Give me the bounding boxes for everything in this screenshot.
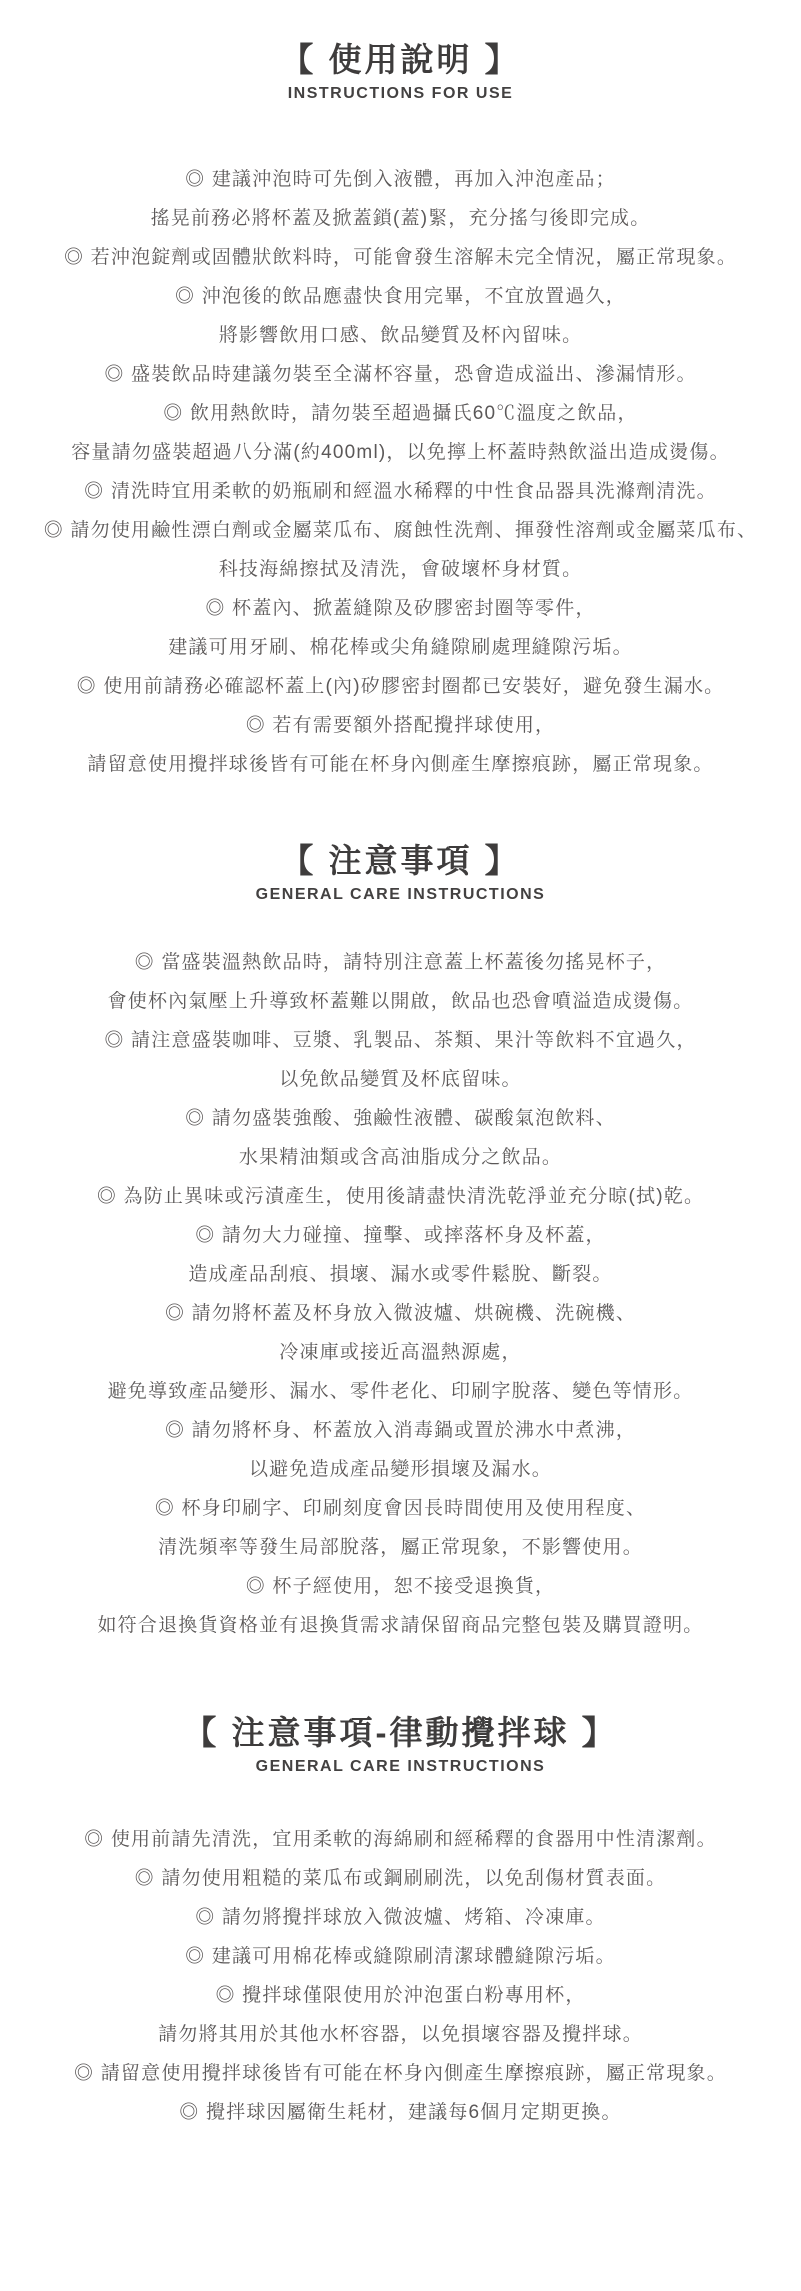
instruction-line: ◎ 為防止異味或污漬產生，使用後請盡快清洗乾淨並充分晾(拭)乾。 [0,1177,801,1216]
section-title: 【 注意事項-律動攪拌球 】 [0,1711,801,1755]
section-body: ◎ 當盛裝溫熱飲品時，請特別注意蓋上杯蓋後勿搖晃杯子， 會使杯內氣壓上升導致杯蓋… [0,943,801,1645]
instruction-line: ◎ 杯子經使用，恕不接受退換貨， [0,1567,801,1606]
instruction-line: ◎ 飲用熱飲時，請勿裝至超過攝氏60℃溫度之飲品， [0,394,801,433]
instruction-line: ◎ 杯蓋內、掀蓋縫隙及矽膠密封圈等零件， [0,589,801,628]
instruction-line: ◎ 請勿使用鹼性漂白劑或金屬菜瓜布、腐蝕性洗劑、揮發性溶劑或金屬菜瓜布、 [0,511,801,550]
instruction-line: 建議可用牙刷、棉花棒或尖角縫隙刷處理縫隙污垢。 [0,628,801,667]
instruction-line: ◎ 若沖泡錠劑或固體狀飲料時，可能會發生溶解未完全情況，屬正常現象。 [0,238,801,277]
instruction-line: ◎ 請勿使用粗糙的菜瓜布或鋼刷刷洗，以免刮傷材質表面。 [0,1859,801,1898]
instruction-line: ◎ 請勿將攪拌球放入微波爐、烤箱、冷凍庫。 [0,1898,801,1937]
instruction-line: 避免導致產品變形、漏水、零件老化、印刷字脫落、變色等情形。 [0,1372,801,1411]
instruction-line: ◎ 沖泡後的飲品應盡快食用完畢，不宜放置過久， [0,277,801,316]
instruction-line: 以避免造成產品變形損壞及漏水。 [0,1450,801,1489]
instruction-line: 冷凍庫或接近高溫熱源處， [0,1333,801,1372]
section-subtitle: GENERAL CARE INSTRUCTIONS [0,885,801,905]
instruction-line: 會使杯內氣壓上升導致杯蓋難以開啟，飲品也恐會噴溢造成燙傷。 [0,982,801,1021]
instruction-line: ◎ 使用前請務必確認杯蓋上(內)矽膠密封圈都已安裝好，避免發生漏水。 [0,667,801,706]
instruction-line: ◎ 當盛裝溫熱飲品時，請特別注意蓋上杯蓋後勿搖晃杯子， [0,943,801,982]
instruction-line: 以免飲品變質及杯底留味。 [0,1060,801,1099]
section-general-care: 【 注意事項 】 GENERAL CARE INSTRUCTIONS ◎ 當盛裝… [0,839,801,1645]
section-instructions-for-use: 【 使用說明 】 INSTRUCTIONS FOR USE ◎ 建議沖泡時可先倒… [0,38,801,784]
instruction-line: 容量請勿盛裝超過八分滿(約400ml)，以免擰上杯蓋時熱飲溢出造成燙傷。 [0,433,801,472]
instruction-line: 水果精油類或含高油脂成分之飲品。 [0,1138,801,1177]
instruction-line: ◎ 請勿大力碰撞、撞擊、或摔落杯身及杯蓋， [0,1216,801,1255]
product-care-instructions-page: 【 使用說明 】 INSTRUCTIONS FOR USE ◎ 建議沖泡時可先倒… [0,0,801,2291]
instruction-line: 造成產品刮痕、損壞、漏水或零件鬆脫、斷裂。 [0,1255,801,1294]
section-subtitle: INSTRUCTIONS FOR USE [0,84,801,104]
instruction-line: 請留意使用攪拌球後皆有可能在杯身內側產生摩擦痕跡，屬正常現象。 [0,745,801,784]
section-subtitle: GENERAL CARE INSTRUCTIONS [0,1757,801,1777]
section-body: ◎ 使用前請先清洗，宜用柔軟的海綿刷和經稀釋的食器用中性清潔劑。 ◎ 請勿使用粗… [0,1820,801,2132]
instruction-line: ◎ 攪拌球僅限使用於沖泡蛋白粉專用杯， [0,1976,801,2015]
instruction-line: 清洗頻率等發生局部脫落，屬正常現象，不影響使用。 [0,1528,801,1567]
instruction-line: ◎ 清洗時宜用柔軟的奶瓶刷和經溫水稀釋的中性食品器具洗滌劑清洗。 [0,472,801,511]
instruction-line: 如符合退換貨資格並有退換貨需求請保留商品完整包裝及購買證明。 [0,1606,801,1645]
instruction-line: ◎ 盛裝飲品時建議勿裝至全滿杯容量，恐會造成溢出、滲漏情形。 [0,355,801,394]
instruction-line: ◎ 請勿將杯蓋及杯身放入微波爐、烘碗機、洗碗機、 [0,1294,801,1333]
instruction-line: 請勿將其用於其他水杯容器，以免損壞容器及攪拌球。 [0,2015,801,2054]
instruction-line: ◎ 杯身印刷字、印刷刻度會因長時間使用及使用程度、 [0,1489,801,1528]
instruction-line: 將影響飲用口感、飲品變質及杯內留味。 [0,316,801,355]
instruction-line: ◎ 請留意使用攪拌球後皆有可能在杯身內側產生摩擦痕跡，屬正常現象。 [0,2054,801,2093]
instruction-line: ◎ 請勿盛裝強酸、強鹼性液體、碳酸氣泡飲料、 [0,1099,801,1138]
section-title: 【 注意事項 】 [0,839,801,883]
instruction-line: ◎ 若有需要額外搭配攪拌球使用， [0,706,801,745]
instruction-line: ◎ 建議可用棉花棒或縫隙刷清潔球體縫隙污垢。 [0,1937,801,1976]
section-title: 【 使用說明 】 [0,38,801,82]
instruction-line: ◎ 攪拌球因屬衛生耗材，建議每6個月定期更換。 [0,2093,801,2132]
instruction-line: ◎ 請注意盛裝咖啡、豆漿、乳製品、茶類、果汁等飲料不宜過久， [0,1021,801,1060]
instruction-line: ◎ 建議沖泡時可先倒入液體，再加入沖泡產品； [0,160,801,199]
instruction-line: ◎ 請勿將杯身、杯蓋放入消毒鍋或置於沸水中煮沸， [0,1411,801,1450]
instruction-line: 科技海綿擦拭及清洗，會破壞杯身材質。 [0,550,801,589]
instruction-line: 搖晃前務必將杯蓋及掀蓋鎖(蓋)緊，充分搖勻後即完成。 [0,199,801,238]
instruction-line: ◎ 使用前請先清洗，宜用柔軟的海綿刷和經稀釋的食器用中性清潔劑。 [0,1820,801,1859]
section-general-care-stir-ball: 【 注意事項-律動攪拌球 】 GENERAL CARE INSTRUCTIONS… [0,1711,801,2132]
section-body: ◎ 建議沖泡時可先倒入液體，再加入沖泡產品； 搖晃前務必將杯蓋及掀蓋鎖(蓋)緊，… [0,160,801,784]
